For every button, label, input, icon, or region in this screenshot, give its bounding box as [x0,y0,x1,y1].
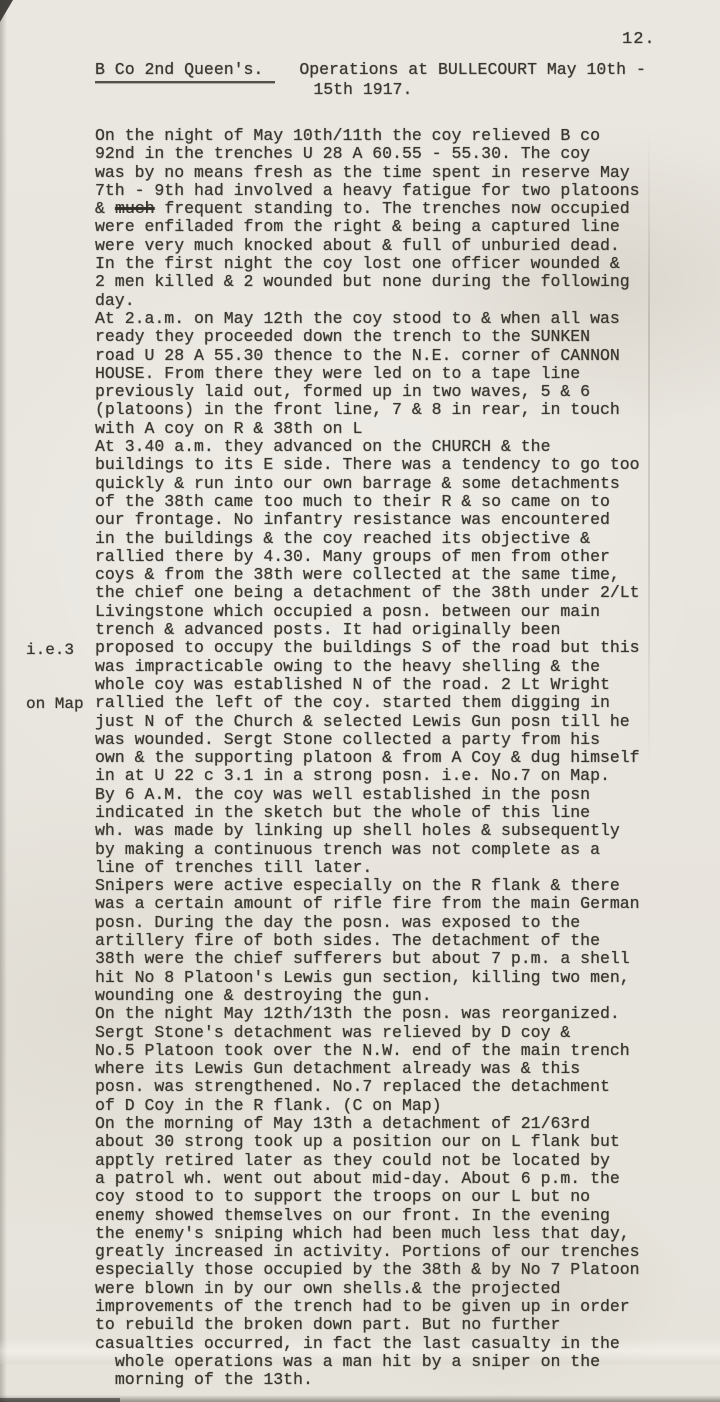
unit-title: B Co 2nd Queen's. [95,60,275,83]
page-number: 12. [622,30,656,49]
paragraph-5: On the night May 12th/13th the posn. was… [95,1005,680,1115]
operations-title-line2: 15th 1917. [313,80,646,100]
operations-title-line1: Operations at BULLECOURT May 10th - [299,60,646,79]
paragraph-4: Snipers were active especially on the R … [95,877,680,1005]
margin-note-line1: i.e.3 [26,641,84,659]
paragraph-1-part-b: were enfiladed from the right & being a … [95,218,680,309]
margin-note-line2: on Map [26,695,84,713]
paragraph-6: On the morning of May 13th a detachment … [95,1115,680,1389]
paragraph-1-part-a: On the night of May 10th/11th the coy re… [95,127,680,200]
scan-edge-corner-bottom-left [0,1398,120,1402]
margin-note: i.e.3 on Map [26,604,84,750]
operations-title: Operations at BULLECOURT May 10th -15th … [299,60,646,100]
strike-line-prefix: & [95,199,115,218]
paragraph-2: At 2.a.m. on May 12th the coy stood to &… [95,310,680,438]
strike-line-suffix: frequent standing to. The trenches now o… [154,199,629,218]
struck-out-word: much [115,199,155,218]
scan-edge-left [0,0,7,1402]
paragraph-3: At 3.40 a.m. they advanced on the CHURCH… [95,438,680,877]
section-heading: B Co 2nd Queen's. Operations at BULLECOU… [95,60,675,100]
paragraph-1-strike-line: & much frequent standing to. The trenche… [95,200,680,218]
document-body: On the night of May 10th/11th the coy re… [95,127,680,1389]
document-page: 12. B Co 2nd Queen's. Operations at BULL… [0,0,720,1402]
